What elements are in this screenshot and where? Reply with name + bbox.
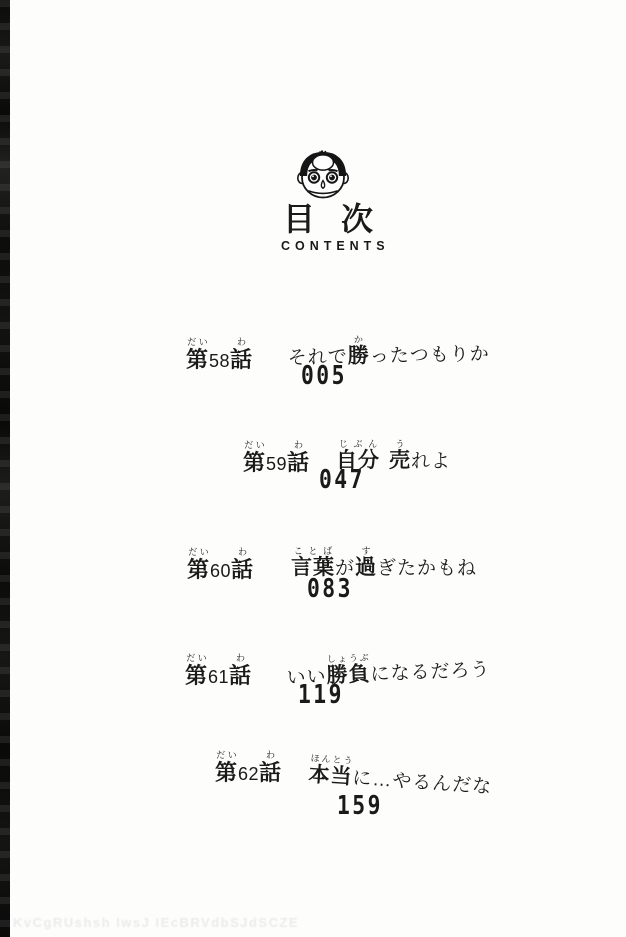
title-segment: ぎたかもね bbox=[377, 558, 477, 579]
title-segment: 勝か bbox=[348, 344, 370, 367]
chapter-segment: 話わ bbox=[230, 347, 253, 372]
chapter-number: 第だい58話わ bbox=[186, 337, 253, 371]
chapter-segment: 60 bbox=[210, 561, 231, 581]
title-segment: 過す bbox=[355, 556, 377, 579]
chapter-segment: 話わ bbox=[229, 663, 252, 688]
page-subtitle: CONTENTS bbox=[281, 239, 390, 252]
title-segment: れよ bbox=[411, 451, 451, 472]
page-title: 目次 bbox=[283, 203, 399, 235]
chapter-segment: 第だい bbox=[215, 760, 238, 785]
chapter-segment: 59 bbox=[266, 454, 287, 474]
page-number: 159 bbox=[337, 793, 383, 819]
chapter-number: 第だい59話わ bbox=[243, 440, 310, 474]
chapter-segment: 62 bbox=[238, 764, 259, 784]
chapter-segment: 第だい bbox=[185, 663, 208, 688]
page-number: 119 bbox=[298, 682, 344, 708]
chapter-number: 第だい62話わ bbox=[215, 750, 282, 784]
toc-page: 目次 CONTENTS 第だい58話わそれで勝かったつもりか005第だい59話わ… bbox=[0, 0, 626, 937]
chapter-number: 第だい61話わ bbox=[185, 653, 252, 687]
boy-face-icon bbox=[296, 150, 350, 202]
chapter-segment: 話わ bbox=[259, 760, 282, 785]
page-number: 083 bbox=[307, 576, 353, 602]
chapter-segment: 第だい bbox=[186, 347, 209, 372]
chapter-segment: 第だい bbox=[243, 450, 266, 475]
chapter-title: 本当ほんとうに…やるんだな bbox=[308, 753, 494, 797]
chapter-number: 第だい60話わ bbox=[187, 547, 254, 581]
title-segment: になるだろう bbox=[370, 659, 491, 685]
chapter-segment: 58 bbox=[209, 351, 230, 371]
faint-watermark: KvCgRUshsh IwsJ IEcBRVdbSJdSCZE bbox=[13, 915, 299, 930]
chapter-segment: 話わ bbox=[231, 557, 254, 582]
title-segment: 売う bbox=[389, 449, 411, 472]
title-segment: ったつもりか bbox=[370, 344, 490, 368]
chapter-segment: 話わ bbox=[287, 450, 310, 475]
title-segment: 本当ほんとう bbox=[308, 763, 353, 789]
page-number: 005 bbox=[301, 363, 347, 389]
scanned-book-edge bbox=[0, 0, 10, 937]
chapter-segment: 61 bbox=[208, 667, 229, 687]
chapter-segment: 第だい bbox=[187, 557, 210, 582]
page-number: 047 bbox=[319, 467, 365, 493]
